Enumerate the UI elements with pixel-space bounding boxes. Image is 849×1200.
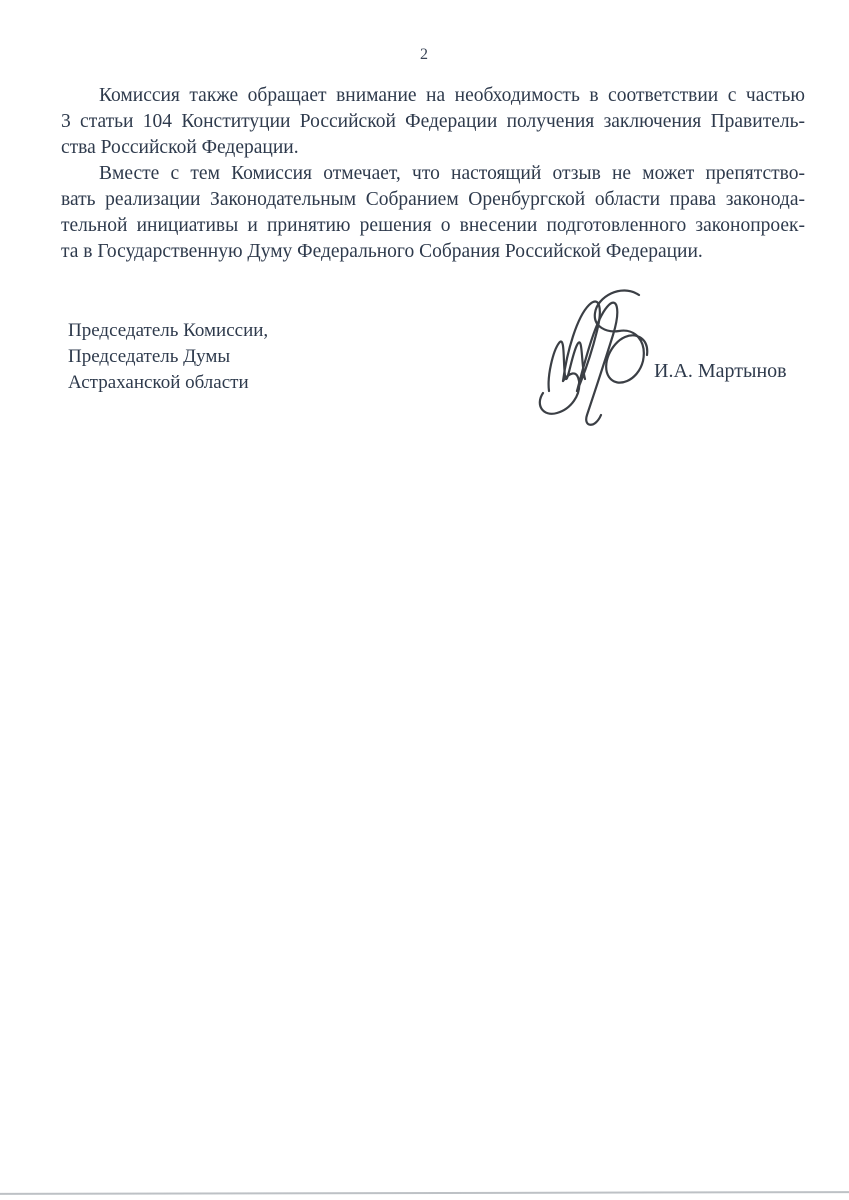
document-body: Комиссия также обращает внимание на необ… (61, 83, 805, 265)
body-line: та в Государственную Думу Федерального С… (61, 239, 805, 265)
body-line: Комиссия также обращает внимание на необ… (61, 83, 805, 109)
body-line: вать реализации Законодательным Собрание… (61, 187, 805, 213)
body-line: 3 статьи 104 Конституции Российской Феде… (61, 109, 805, 135)
document-page: 2 Комиссия также обращает внимание на не… (0, 0, 849, 1200)
body-line: Вместе с тем Комиссия отмечает, что наст… (61, 161, 805, 187)
signer-title-line: Председатель Комиссии, (68, 318, 268, 344)
signer-title-line: Астраханской области (68, 370, 268, 396)
signer-title-line: Председатель Думы (68, 344, 268, 370)
signer-titles: Председатель Комиссии, Председатель Думы… (68, 318, 268, 396)
page-number: 2 (0, 46, 849, 64)
body-line: тельной инициативы и принятию решения о … (61, 213, 805, 239)
signature-block: Председатель Комиссии, Председатель Думы… (68, 318, 805, 478)
handwritten-signature-icon (533, 281, 663, 431)
scan-edge-line (0, 1191, 849, 1195)
signer-name: И.А. Мартынов (654, 360, 787, 383)
body-line: ства Российской Федерации. (61, 135, 805, 161)
